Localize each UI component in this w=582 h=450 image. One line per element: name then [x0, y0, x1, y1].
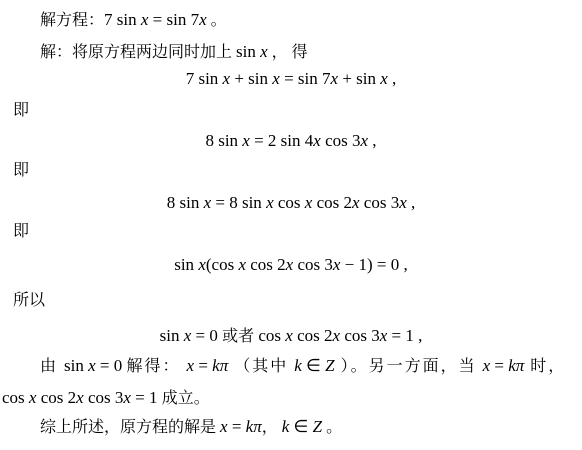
math-text: = 0 — [191, 326, 222, 345]
equation-5: sin x = 0 或者 cos x cos 2x cos 3x = 1 , — [0, 325, 582, 347]
math-variable: x — [399, 193, 407, 212]
math-text: ∈ — [302, 356, 325, 375]
line-conclusion: 综上所述，原方程的解是 x = kπ， k ∈ Z 。 — [40, 416, 342, 438]
math-variable: x — [88, 356, 96, 375]
math-text: 7 sin — [186, 69, 223, 88]
math-text: = — [490, 356, 508, 375]
math-text: cos 3 — [293, 255, 333, 274]
cjk-text: ， 得 — [268, 44, 308, 61]
math-variable: k — [294, 356, 302, 375]
math-text: 8 sin — [167, 193, 204, 212]
line-solution-start: 解：将原方程两边同时加上 sin x ， 得 — [40, 41, 308, 63]
math-text: = 0 — [96, 356, 127, 375]
math-variable: kπ — [246, 417, 262, 436]
math-text: , — [388, 69, 397, 88]
math-text: cos — [2, 388, 29, 407]
connector-ji-3: 即 — [13, 221, 29, 243]
math-text: cos 2 — [293, 326, 333, 345]
math-text: sin — [160, 326, 184, 345]
math-variable: x — [123, 388, 131, 407]
math-text: − 1) = 0 , — [340, 255, 407, 274]
math-text: cos 2 — [36, 388, 76, 407]
math-text: cos — [274, 193, 305, 212]
math-text: = — [228, 417, 246, 436]
math-variable: x — [242, 131, 250, 150]
math-text: = — [194, 356, 212, 375]
math-variable: x — [380, 69, 388, 88]
math-text: + sin — [230, 69, 272, 88]
cjk-text: ）。另一方面，当 — [335, 358, 483, 375]
cjk-text: 即 — [13, 162, 29, 179]
math-variable: Z — [325, 356, 334, 375]
cjk-text: 即 — [13, 102, 29, 119]
math-variable: x — [76, 388, 84, 407]
math-text: cos 3 — [84, 388, 124, 407]
math-text: , — [407, 193, 416, 212]
math-text: + sin — [338, 69, 380, 88]
math-variable: x — [260, 42, 268, 61]
equation-2: 8 sin x = 2 sin 4x cos 3x , — [0, 130, 582, 152]
cjk-text: 综上所述，原方程的解是 — [40, 419, 220, 436]
math-variable: x — [272, 69, 280, 88]
math-text: = 2 sin 4 — [250, 131, 313, 150]
math-variable: x — [352, 193, 360, 212]
math-variable: Z — [313, 417, 322, 436]
math-text: 7 sin — [104, 10, 141, 29]
math-variable: x — [187, 356, 195, 375]
math-variable: x — [361, 131, 369, 150]
cjk-text: 。 — [207, 12, 227, 29]
math-text: = 1 — [131, 388, 162, 407]
cjk-text: 由 — [40, 358, 64, 375]
equation-3: 8 sin x = 8 sin x cos x cos 2x cos 3x , — [0, 192, 582, 214]
math-variable: x — [331, 69, 339, 88]
math-text: cos 2 — [312, 193, 352, 212]
math-variable: x — [483, 356, 491, 375]
cjk-text: 或者 — [222, 328, 254, 345]
math-variable: x — [313, 131, 321, 150]
math-variable: x — [220, 417, 228, 436]
math-text: cos 2 — [246, 255, 286, 274]
line-case-analysis: 由 sin x = 0 解得： x = kπ （其中 k ∈ Z ）。另一方面，… — [40, 355, 566, 377]
line-problem-statement: 解方程：7 sin x = sin 7x 。 — [40, 9, 227, 31]
cjk-text: 。 — [322, 419, 342, 436]
math-variable: kπ — [212, 356, 228, 375]
math-variable: x — [199, 10, 207, 29]
math-text: = sin 7 — [280, 69, 331, 88]
math-variable: kπ — [508, 356, 524, 375]
math-text: (cos — [206, 255, 239, 274]
cjk-text: 即 — [13, 223, 29, 240]
math-text: = sin 7 — [148, 10, 199, 29]
math-variable: x — [204, 193, 212, 212]
math-text: , — [368, 131, 377, 150]
math-text: = 8 sin — [211, 193, 266, 212]
math-text: sin — [174, 255, 198, 274]
connector-suoyi: 所以 — [13, 290, 45, 312]
cjk-text: 所以 — [13, 292, 45, 309]
cjk-text: 解方程： — [40, 12, 104, 29]
math-variable: x — [198, 255, 206, 274]
math-text: ∈ — [289, 417, 312, 436]
cjk-text: ， — [262, 419, 282, 436]
math-text: cos 3 — [360, 193, 400, 212]
math-text: sin — [64, 356, 88, 375]
cjk-text: 时， — [524, 358, 566, 375]
math-variable: x — [333, 326, 341, 345]
line-case-analysis-cont: cos x cos 2x cos 3x = 1 成立。 — [2, 387, 210, 409]
equation-1: 7 sin x + sin x = sin 7x + sin x , — [0, 68, 582, 90]
cjk-text: 解得： — [127, 358, 187, 375]
cjk-text: （其中 — [228, 358, 294, 375]
cjk-text: 成立。 — [162, 390, 210, 407]
math-variable: x — [266, 193, 274, 212]
math-text: cos — [254, 326, 285, 345]
math-text: sin — [236, 42, 260, 61]
math-variable: x — [238, 255, 246, 274]
connector-ji-1: 即 — [13, 100, 29, 122]
math-variable: x — [223, 69, 231, 88]
math-variable: x — [285, 326, 293, 345]
math-text: 8 sin — [205, 131, 242, 150]
connector-ji-2: 即 — [13, 160, 29, 182]
math-text: cos 3 — [321, 131, 361, 150]
document-page: 解方程：7 sin x = sin 7x 。 解：将原方程两边同时加上 sin … — [0, 0, 582, 450]
math-text: cos 3 — [340, 326, 380, 345]
equation-4: sin x(cos x cos 2x cos 3x − 1) = 0 , — [0, 254, 582, 276]
math-text: = 1 , — [387, 326, 422, 345]
cjk-text: 解：将原方程两边同时加上 — [40, 44, 236, 61]
